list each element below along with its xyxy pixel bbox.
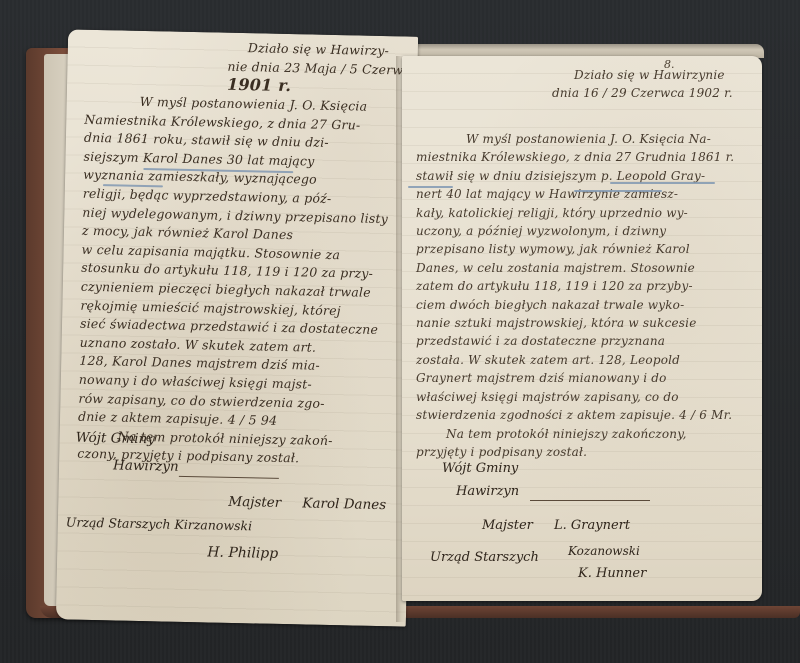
body-line: zatem do artykułu 118, 119 i 120 za przy…: [416, 277, 734, 295]
body-line: Graynert majstrem dziś mianowany i do: [416, 369, 734, 387]
header-line: Działo się w Hawirzynie: [552, 66, 733, 84]
official-initials: K. Hunner: [578, 566, 646, 581]
right-page-header: Działo się w Hawirzynie dnia 16 / 29 Cze…: [552, 66, 733, 103]
body-line: przyjęty i podpisany został.: [416, 443, 734, 461]
guild-office-signature: Urząd Starszych: [430, 550, 539, 565]
body-line: uczony, a później wyzwolonym, i dziwny: [416, 222, 734, 240]
body-line: W myśl postanowienia J. O. Księcia Na-: [416, 130, 734, 148]
pencil-underline: [574, 190, 662, 192]
left-page: Działo się w Hawirzy- nie dnia 23 Maja /…: [56, 29, 418, 626]
header-line: dnia 16 / 29 Czerwca 1902 r.: [552, 84, 733, 102]
body-line: przedstawić i za dostateczne przyznana: [416, 332, 734, 350]
body-line: kały, katolickiej religji, który uprzedn…: [416, 204, 734, 222]
signature-flourish: [530, 500, 650, 501]
right-page: 8. Działo się w Hawirzynie dnia 16 / 29 …: [402, 56, 762, 601]
master-signature: Karol Danes: [302, 495, 386, 513]
left-page-header: Działo się w Hawirzy- nie dnia 23 Maja /…: [227, 39, 404, 98]
body-line: nert 40 lat mający w Hawirzynie zamiesz-: [416, 185, 734, 203]
body-line: miestnika Królewskiego, z dnia 27 Grudni…: [416, 148, 734, 166]
body-line: właściwej księgi majstrów zapisany, co d…: [416, 388, 734, 406]
master-label: Majster: [482, 518, 533, 533]
master-label: Majster: [228, 494, 281, 511]
body-line: nanie sztuki majstrowskiej, która w sukc…: [416, 314, 734, 332]
wojt-gminy-label: Wójt Gminy: [442, 461, 518, 476]
body-line: Na tem protokół niniejszy zakończony,: [416, 425, 734, 443]
right-page-body: W myśl postanowienia J. O. Księcia Na- m…: [416, 130, 734, 461]
body-line: Danes, w celu zostania majstrem. Stosown…: [416, 259, 734, 277]
pencil-underline: [408, 186, 453, 188]
body-line: ciem dwóch biegłych nakazał trwale wyko-: [416, 296, 734, 314]
official-initials: H. Philipp: [207, 544, 278, 561]
guild-name-signature: Kozanowski: [568, 544, 640, 558]
wojt-place-signature: Hawirzyn: [113, 457, 179, 474]
body-line: została. W skutek zatem art. 128, Leopol…: [416, 351, 734, 369]
left-page-body: W myśl postanowienia J. O. Księcia Namie…: [77, 92, 390, 470]
body-line: przepisano listy wymowy, jak również Kar…: [416, 240, 734, 258]
wojt-gminy-label: Wójt Gminy: [76, 430, 156, 448]
body-line: stwierdzenia zgodności z aktem zapisuje.…: [416, 406, 734, 424]
pencil-underline: [610, 182, 715, 184]
master-signature: L. Graynert: [554, 518, 630, 533]
wojt-place-signature: Hawirzyn: [456, 484, 519, 499]
